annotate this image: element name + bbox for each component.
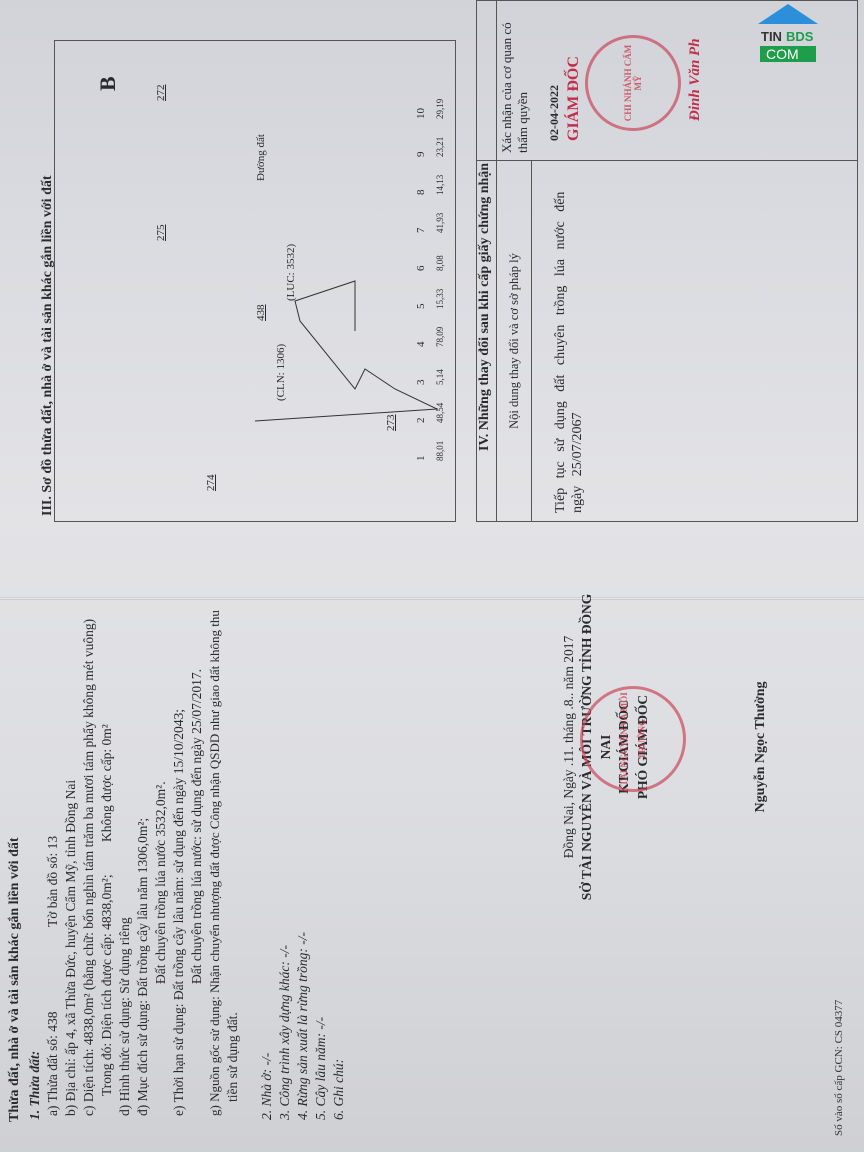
issue-date: Đồng Nai, Ngày .11. tháng .8.. năm 2017 — [560, 582, 578, 912]
planted-forest: 4. Rừng sản xuất là rừng trồng: -/- — [294, 932, 312, 1120]
boundary-point: 5 — [415, 304, 427, 310]
boundary-point: 4 — [415, 342, 427, 348]
edge-length: 5,14 — [435, 369, 445, 385]
neighbor-parcel: 275 — [155, 225, 167, 242]
other-construction: 3. Công trình xây dựng khác: -/- — [276, 945, 294, 1120]
certificate-page: Thửa đất, nhà ở và tài sản khác gắn liền… — [0, 0, 864, 1152]
usage-term-1: e) Thời hạn sử dụng: Đất trồng cây lâu n… — [170, 709, 188, 1116]
confirm-signer: Đinh Văn Ph — [687, 38, 704, 121]
svg-text:BDS: BDS — [786, 29, 814, 44]
boundary-point: 8 — [415, 190, 427, 196]
official-stamp: TÀI NGUYÊN VÀ MÔI TRƯỜNG — [580, 686, 686, 792]
usage-purpose-2: Đất chuyên trồng lúa nước 3532,0m². — [152, 781, 170, 984]
parcel-number: 438 — [45, 1011, 60, 1031]
confirmation-column-header: Xác nhận của cơ quan có thẩm quyền — [499, 3, 531, 153]
neighbor-parcel: 272 — [155, 85, 167, 102]
change-content: Tiếp tục sử dụng đất chuyên trồng lúa nư… — [552, 173, 586, 513]
parcel-diagram: BĐường đất274275272273438(CLN: 1306)(LUC… — [54, 40, 456, 522]
boundary-point: 9 — [415, 152, 427, 158]
edge-length: 48,54 — [435, 403, 445, 423]
landuse-cln: (CLN: 1306) — [275, 344, 287, 401]
origin-2: tiền sử dụng đất. — [224, 1012, 242, 1102]
edge-length: 29,19 — [435, 99, 445, 119]
area-granted: Trong đó: Diện tích được cấp: 4838,0m²; — [98, 874, 116, 1096]
edge-length: 41,93 — [435, 213, 445, 233]
edge-length: 8,08 — [435, 255, 445, 271]
signer-name: Nguyễn Ngọc Thường — [752, 582, 770, 912]
parcel-map-svg — [55, 41, 455, 521]
usage-form: d) Hình thức sử dụng: Sử dụng riêng — [116, 917, 134, 1116]
notes: 6. Ghi chú: — [330, 1059, 348, 1120]
tinbds-watermark: TIN BDS COM — [758, 4, 818, 62]
column-divider — [477, 160, 857, 161]
section-title: Thửa đất, nhà ở và tài sản khác gắn liền… — [6, 837, 24, 1122]
boundary-point: 2 — [415, 418, 427, 424]
usage-term-2: Đất chuyên trồng lúa nước: sử dụng đến n… — [188, 669, 206, 984]
changes-column-header: Nội dung thay đổi và cơ sở pháp lý — [497, 161, 532, 521]
parcel-info-section: Thửa đất, nhà ở và tài sản khác gắn liền… — [0, 582, 864, 1142]
origin-1: g) Nguồn gốc sử dụng: Nhận chuyển nhượng… — [206, 610, 224, 1116]
signature-block: Đồng Nai, Ngày .11. tháng .8.. năm 2017 … — [560, 582, 770, 912]
area: c) Diện tích: 4838,0m² (bằng chữ: bốn ng… — [80, 619, 98, 1116]
boundary-point: 7 — [415, 228, 427, 234]
edge-length: 15,33 — [435, 289, 445, 309]
road-label: Đường đất — [255, 134, 267, 181]
changes-title: IV. Những thay đổi sau khi cấp giấy chứn… — [477, 1, 497, 521]
changes-table: IV. Những thay đổi sau khi cấp giấy chứn… — [476, 0, 858, 522]
edge-length: 14,13 — [435, 175, 445, 195]
edge-length: 78,09 — [435, 327, 445, 347]
diagram-changes-section: III. Sơ đồ thửa đất, nhà ở và tài sản kh… — [0, 0, 864, 572]
svg-text:COM: COM — [766, 46, 799, 62]
confirm-role: GIÁM ĐỐC — [565, 56, 583, 141]
perennial-trees: 5. Cây lâu năm: -/- — [312, 1017, 330, 1120]
landuse-luc: (LUC: 3532) — [285, 244, 297, 301]
edge-length: 88,01 — [435, 441, 445, 461]
parcel-number-label: a) Thửa đất số: 438 — [44, 1011, 62, 1116]
boundary-point: 10 — [415, 108, 427, 119]
neighbor-parcel: 438 — [255, 305, 267, 322]
neighbor-parcel: 273 — [385, 415, 397, 432]
parcel-heading: 1. Thửa đất: — [26, 1051, 44, 1120]
house-logo-icon: TIN BDS COM — [758, 4, 818, 62]
boundary-point: 6 — [415, 266, 427, 272]
neighbor-parcel: 274 — [205, 475, 217, 492]
svg-text:TIN: TIN — [761, 29, 782, 44]
registry-number: Số vào sổ cấp GCN: CS 04377 — [830, 1000, 848, 1136]
address: b) Địa chỉ: ấp 4, xã Thừa Đức, huyện Cẩm… — [62, 780, 80, 1116]
north-arrow-icon: B — [95, 76, 121, 91]
house: 2. Nhà ở: -/- — [258, 1053, 276, 1120]
map-sheet: Tờ bản đồ số: 13 — [44, 836, 62, 927]
confirm-date: 02-04-2022 — [547, 85, 562, 141]
edge-length: 23,21 — [435, 137, 445, 157]
area-not-granted: Không được cấp: 0m² — [98, 724, 116, 842]
boundary-point: 3 — [415, 380, 427, 386]
usage-purpose-1: đ) Mục đích sử dụng: Đất trồng cây lâu n… — [134, 818, 152, 1116]
branch-stamp: CHI NHÁNH CẨM MỸ — [585, 35, 681, 131]
boundary-point: 1 — [415, 456, 427, 462]
